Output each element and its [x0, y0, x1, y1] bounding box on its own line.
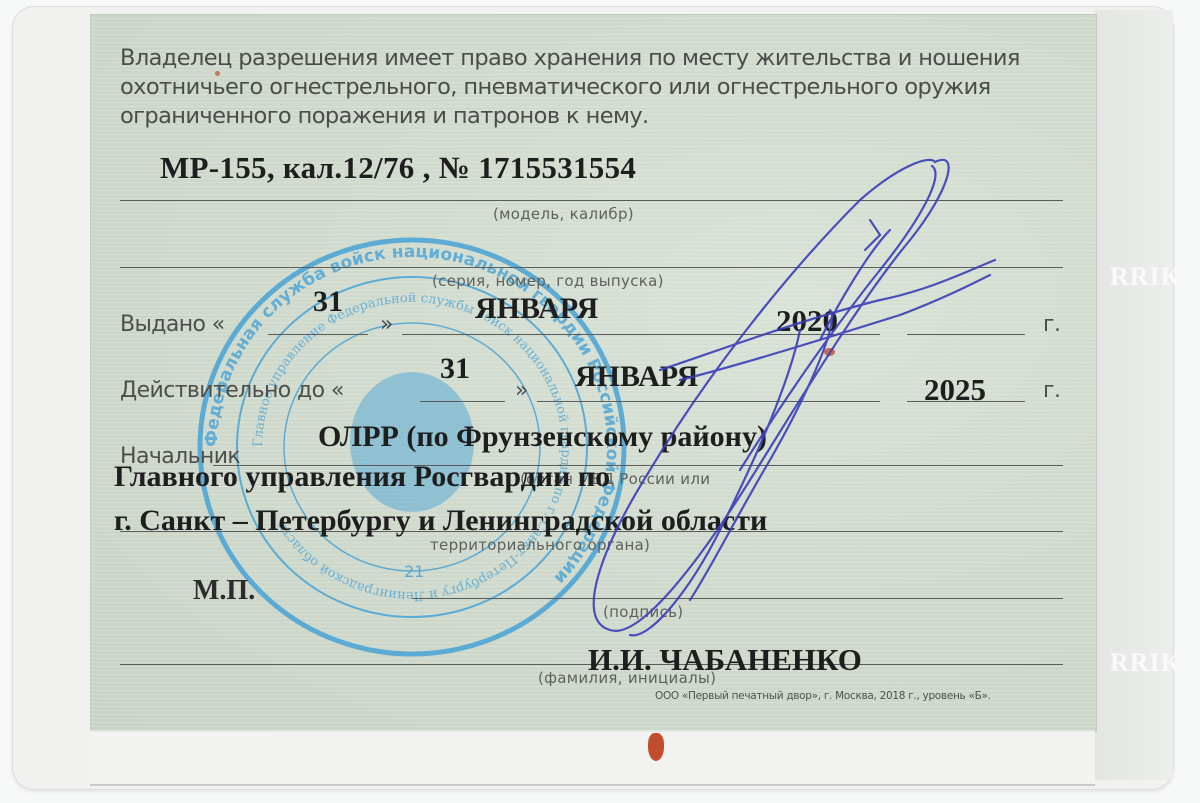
issued-year-suffix: г. [1043, 312, 1060, 337]
printer-imprint: ООО «Первый печатный двор», г. Москва, 2… [655, 690, 991, 702]
watermark-bottom: RRIK [1110, 648, 1182, 678]
valid-day-line [420, 401, 505, 402]
issued-day: 31 [313, 285, 343, 319]
valid-quote-close: » [515, 378, 528, 403]
handwritten-signature [540, 150, 1010, 650]
watermark-top: RRIK [1110, 262, 1182, 292]
valid-until-label: Действительно до « [120, 378, 344, 403]
card-bottom-strip [90, 730, 1095, 786]
stamp-number: 21 [404, 562, 424, 581]
issued-label: Выдано « [120, 312, 225, 337]
valid-day: 31 [440, 352, 470, 386]
authority-department: Главного управления Росгвардии по [114, 460, 610, 494]
issued-day-line [268, 334, 368, 335]
valid-year-suffix: г. [1043, 378, 1060, 403]
permit-rights-text: Владелец разрешения имеет право хранения… [120, 44, 1080, 131]
issued-quote-close: » [380, 312, 393, 337]
stain-mark [648, 733, 664, 761]
seal-place-label: М.П. [193, 575, 255, 607]
